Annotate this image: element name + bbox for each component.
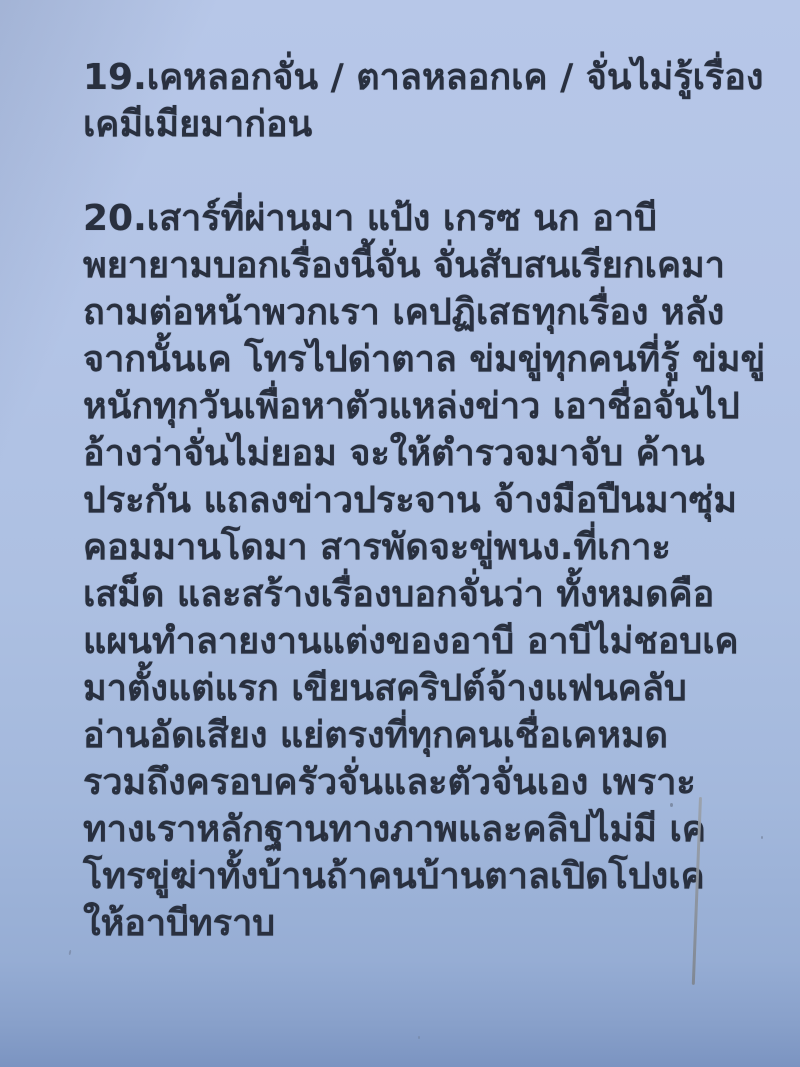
- text-line: รวมถึงครอบครัวจั่นและตัวจั่นเอง เพราะ: [83, 759, 765, 806]
- text-line: เสม็ด และสร้างเรื่องบอกจั่นว่า ทั้งหมดคื…: [83, 571, 765, 618]
- text-line: 19.เคหลอกจั่น / ตาลหลอกเค / จั่นไม่รู้เร…: [83, 54, 765, 101]
- text-line: อ้างว่าจั่นไม่ยอม จะให้ตำรวจมาจับ ค้าน: [83, 430, 765, 477]
- text-line: ประกัน แถลงข่าวประจาน จ้างมือปืนมาซุ่ม: [83, 477, 765, 524]
- text-line: 20.เสาร์ที่ผ่านมา แป้ง เกรซ นก อาบี: [83, 195, 765, 242]
- text-line: ให้อาบีทราบ: [83, 900, 765, 947]
- text-line: มาตั้งแต่แรก เขียนสคริปต์จ้างแฟนคลับ: [83, 665, 765, 712]
- dust-speck: [761, 836, 763, 839]
- text-line: อ่านอัดเสียง แย่ตรงที่ทุกคนเชื่อเคหมด: [83, 712, 765, 759]
- paragraph-item-20: 20.เสาร์ที่ผ่านมา แป้ง เกรซ นก อาบี พยาย…: [83, 195, 765, 947]
- text-line: พยายามบอกเรื่องนี้จั่น จั่นสับสนเรียกเคม…: [83, 242, 765, 289]
- text-line: จากนั้นเค โทรไปด่าตาล ข่มขู่ทุกคนที่รู้ …: [83, 336, 765, 383]
- photo-of-text-page: 19.เคหลอกจั่น / ตาลหลอกเค / จั่นไม่รู้เร…: [0, 0, 800, 1067]
- dust-speck: [670, 803, 673, 807]
- paragraph-item-19: 19.เคหลอกจั่น / ตาลหลอกเค / จั่นไม่รู้เร…: [83, 54, 765, 148]
- text-block: 19.เคหลอกจั่น / ตาลหลอกเค / จั่นไม่รู้เร…: [83, 54, 765, 947]
- text-line: เคมีเมียมาก่อน: [83, 101, 765, 148]
- text-line: แผนทำลายงานแต่งของอาบี อาบีไม่ชอบเค: [83, 618, 765, 665]
- text-line: ถามต่อหน้าพวกเรา เคปฏิเสธทุกเรื่อง หลัง: [83, 289, 765, 336]
- text-line: คอมมานโดมา สารพัดจะขู่พนง.ที่เกาะ: [83, 524, 765, 571]
- dust-speck: [418, 1036, 420, 1039]
- text-line: ทางเราหลักฐานทางภาพและคลิปไม่มี เค: [83, 806, 765, 853]
- text-line: หนักทุกวันเพื่อหาตัวแหล่งข่าว เอาชื่อจั่…: [83, 383, 765, 430]
- text-line: โทรขู่ฆ่าทั้งบ้านถ้าคนบ้านตาลเปิดโปงเค: [83, 853, 765, 900]
- dust-speck: [69, 950, 72, 955]
